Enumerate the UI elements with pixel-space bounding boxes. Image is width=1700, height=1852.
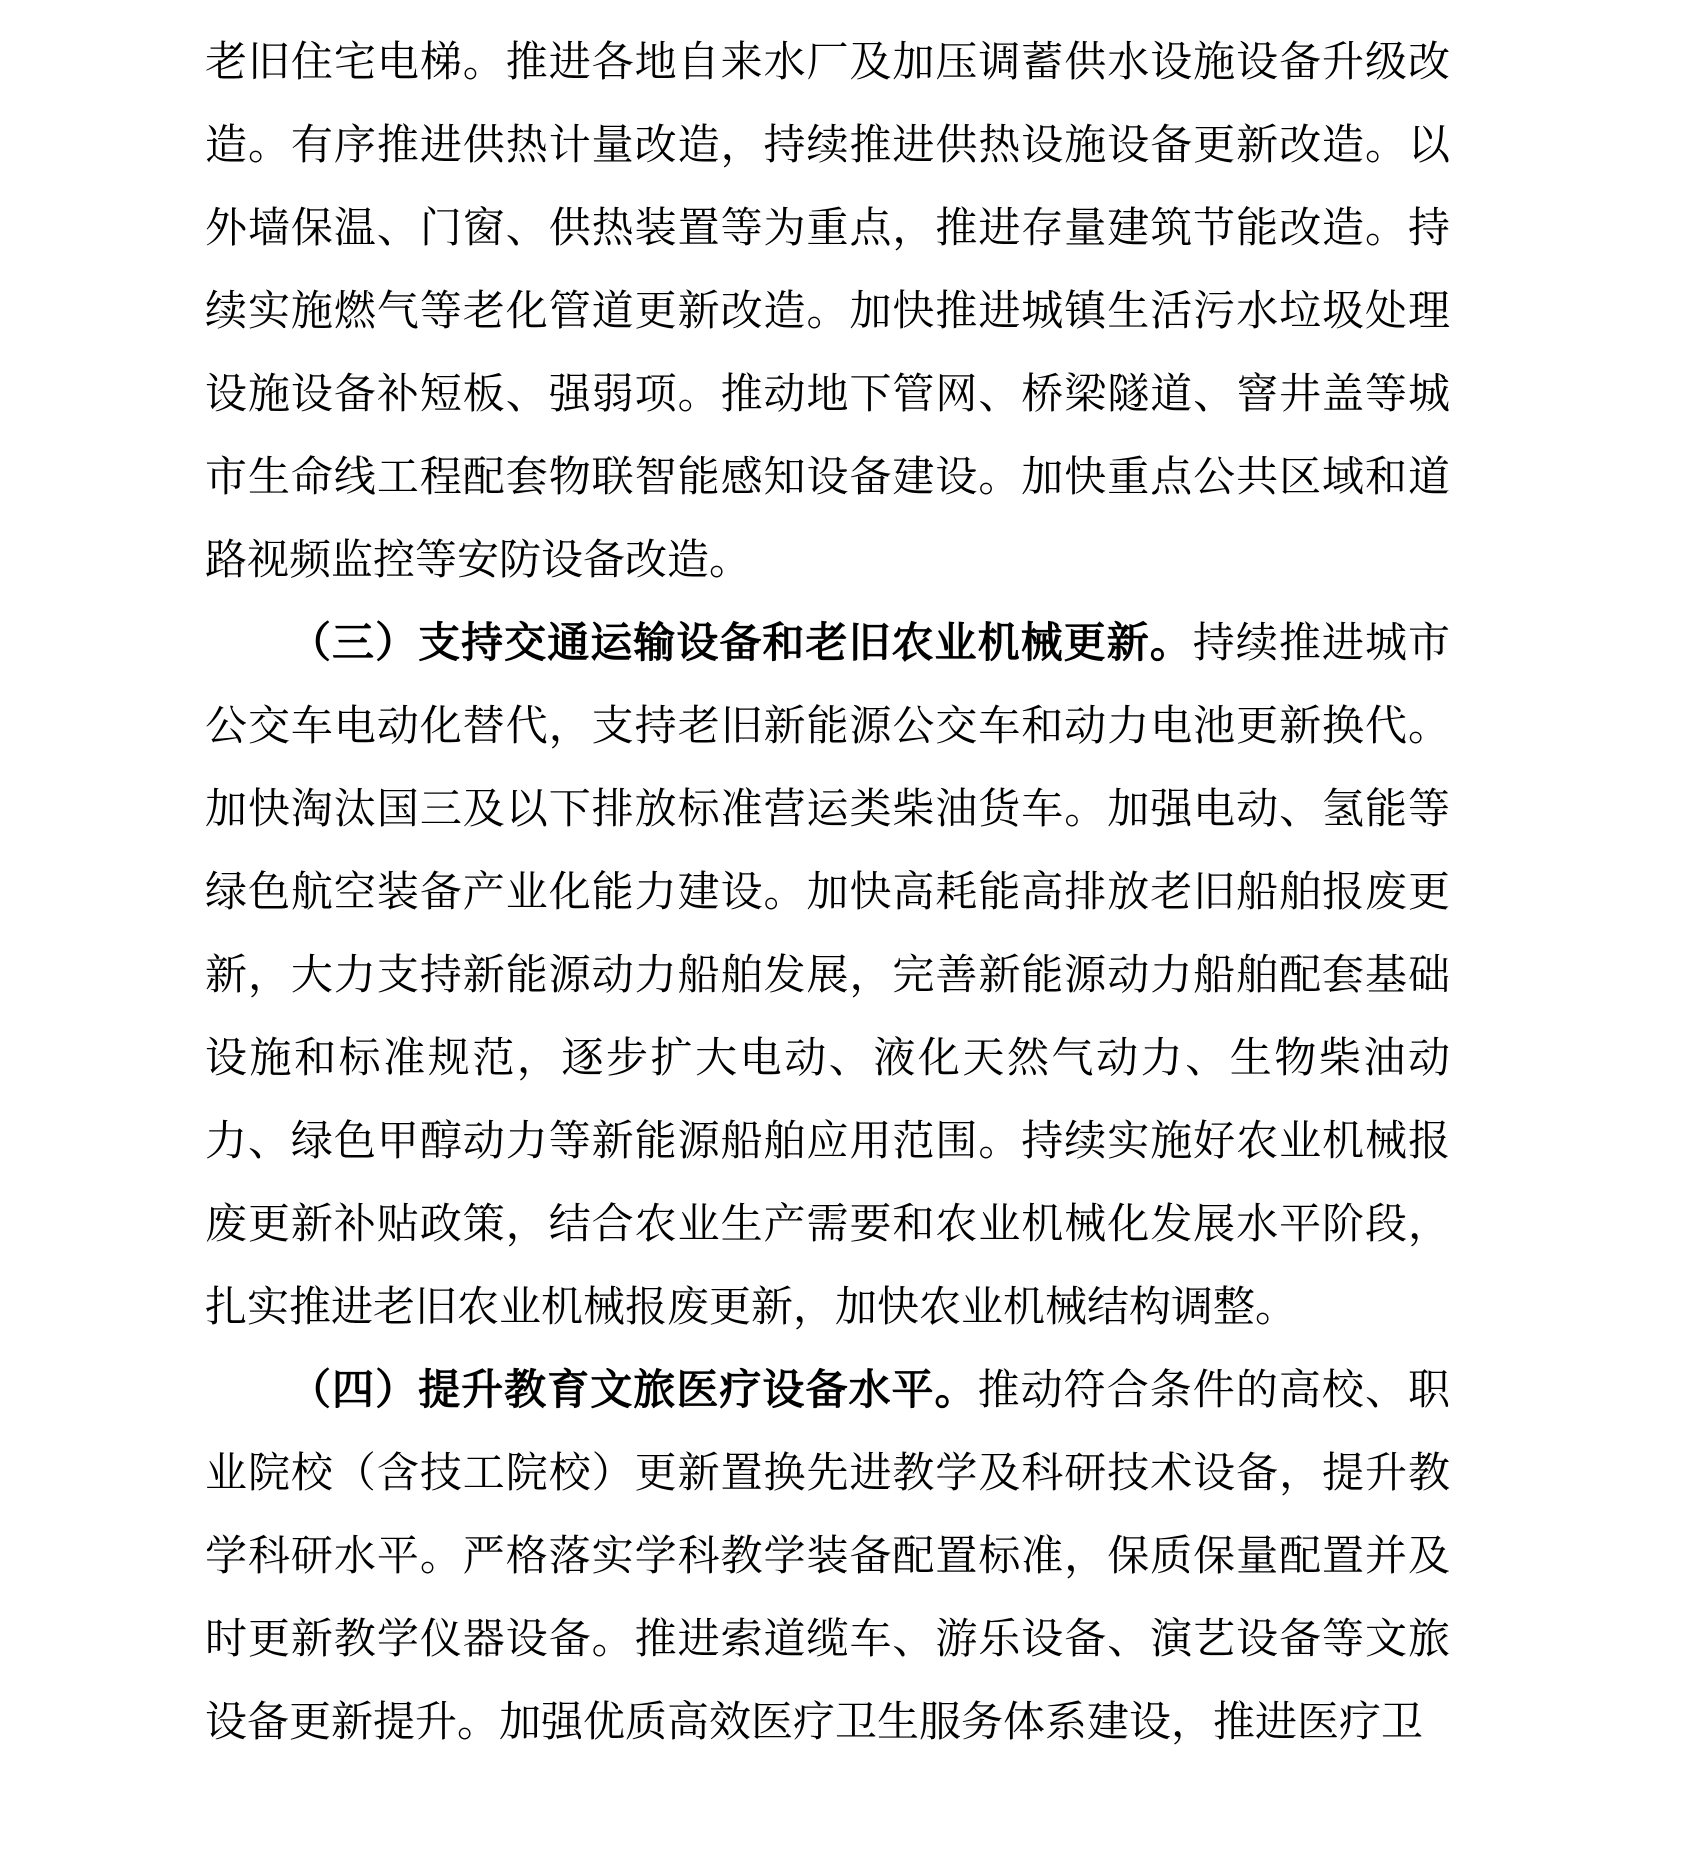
paragraph-text: 老旧住宅电梯。推进各地自来水厂及加压调蓄供水设施设备升级改造。有序推进供热计量改… [205, 40, 1450, 584]
paragraph-section-4: （四）提升教育文旅医疗设备水平。推动符合条件的高校、职业院校（含技工院校）更新置… [205, 1350, 1450, 1765]
paragraph-text: 推动符合条件的高校、职业院校（含技工院校）更新置换先进教学及科研技术设备，提升教… [205, 1368, 1450, 1746]
section-heading: （四）提升教育文旅医疗设备水平。 [289, 1368, 978, 1414]
paragraph-section-3: （三）支持交通运输设备和老旧农业机械更新。持续推进城市公交车电动化替代，支持老旧… [205, 603, 1450, 1350]
document-page: 老旧住宅电梯。推进各地自来水厂及加压调蓄供水设施设备升级改造。有序推进供热计量改… [0, 0, 1700, 1852]
document-body: 老旧住宅电梯。推进各地自来水厂及加压调蓄供水设施设备升级改造。有序推进供热计量改… [205, 22, 1450, 1765]
paragraph-text: 持续推进城市公交车电动化替代，支持老旧新能源公交车和动力电池更新换代。加快淘汰国… [205, 621, 1450, 1331]
section-heading: （三）支持交通运输设备和老旧农业机械更新。 [289, 621, 1193, 667]
paragraph-continuation: 老旧住宅电梯。推进各地自来水厂及加压调蓄供水设施设备升级改造。有序推进供热计量改… [205, 22, 1450, 603]
